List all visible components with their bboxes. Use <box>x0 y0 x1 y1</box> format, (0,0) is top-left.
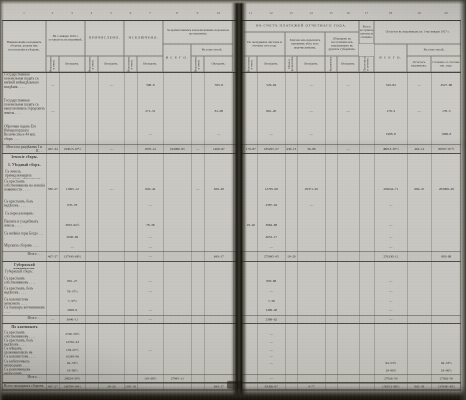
scanned-ledger-page: 1234567891011121314151617181920Наименова… <box>0 0 466 400</box>
paper-grain <box>0 0 466 400</box>
